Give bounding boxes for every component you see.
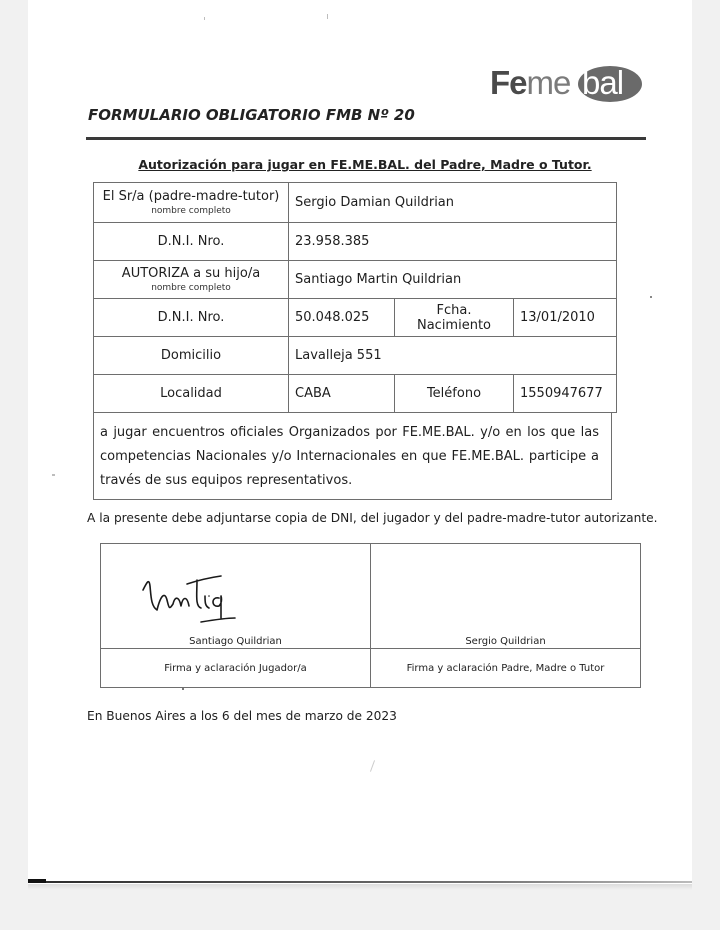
child-dni-label: D.N.I. Nro. (94, 299, 289, 337)
phone-label: Teléfono (395, 375, 514, 413)
attachment-note: A la presente debe adjuntarse copia de D… (87, 511, 658, 525)
parent-signature-caption: Firma y aclaración Padre, Madre o Tutor (371, 649, 641, 688)
address-field[interactable]: Lavalleja 551 (289, 337, 617, 375)
authorization-table: El Sr/a (padre-madre-tutor) nombre compl… (93, 182, 617, 413)
player-printed-name: Santiago Quildrian (189, 636, 282, 647)
parent-label-cell: El Sr/a (padre-madre-tutor) nombre compl… (94, 183, 289, 223)
child-name-field[interactable]: Santiago Martin Quildrian (289, 261, 617, 299)
child-dni-field[interactable]: 50.048.025 (289, 299, 395, 337)
table-row: D.N.I. Nro. 23.958.385 (94, 223, 617, 261)
table-row: Domicilio Lavalleja 551 (94, 337, 617, 375)
scan-speck (52, 474, 55, 476)
handwritten-signature-icon (139, 566, 239, 626)
player-signature-box[interactable]: Santiago Quildrian (101, 544, 371, 649)
logo-text: Feme (490, 63, 570, 103)
parent-name-field[interactable]: Sergio Damian Quildrian (289, 183, 617, 223)
city-label: Localidad (94, 375, 289, 413)
parent-dni-field[interactable]: 23.958.385 (289, 223, 617, 261)
signature-table: Santiago Quildrian Sergio Quildrian Firm… (100, 543, 641, 688)
scan-speck (650, 296, 652, 298)
table-row: El Sr/a (padre-madre-tutor) nombre compl… (94, 183, 617, 223)
caption-row: Firma y aclaración Jugador/a Firma y acl… (101, 649, 641, 688)
logo-fe: Fe (490, 64, 527, 101)
page-bottom-edge (28, 881, 692, 883)
page-shadow (28, 884, 692, 890)
address-label: Domicilio (94, 337, 289, 375)
parent-label: El Sr/a (padre-madre-tutor) (103, 189, 280, 204)
logo-me: me (527, 64, 571, 101)
femebal-logo: Feme bal (490, 63, 650, 105)
page-bottom-mark (28, 879, 46, 883)
parent-signature-box[interactable]: Sergio Quildrian (371, 544, 641, 649)
parent-printed-name: Sergio Quildrian (465, 636, 545, 647)
parent-dni-label: D.N.I. Nro. (94, 223, 289, 261)
birth-date-label: Fcha. Nacimiento (395, 299, 514, 337)
title-divider (86, 137, 646, 140)
subtitle-text: Autorización para jugar en FE.ME.BAL. de… (138, 157, 591, 172)
player-signature-caption: Firma y aclaración Jugador/a (101, 649, 371, 688)
scan-speck (182, 688, 184, 690)
city-field[interactable]: CABA (289, 375, 395, 413)
place-and-date: En Buenos Aires a los 6 del mes de marzo… (87, 709, 397, 723)
table-row: D.N.I. Nro. 50.048.025 Fcha. Nacimiento … (94, 299, 617, 337)
scan-speck (327, 14, 328, 19)
table-row: AUTORIZA a su hijo/a nombre completo San… (94, 261, 617, 299)
child-sublabel: nombre completo (100, 283, 282, 293)
parent-sublabel: nombre completo (100, 206, 282, 216)
form-title: FORMULARIO OBLIGATORIO FMB Nº 20 (88, 106, 415, 124)
birth-date-field[interactable]: 13/01/2010 (514, 299, 617, 337)
logo-bal: bal (582, 63, 623, 103)
signature-row: Santiago Quildrian Sergio Quildrian (101, 544, 641, 649)
phone-field[interactable]: 1550947677 (514, 375, 617, 413)
child-label-cell: AUTORIZA a su hijo/a nombre completo (94, 261, 289, 299)
authorization-text: a jugar encuentros oficiales Organizados… (93, 413, 612, 500)
form-subtitle: Autorización para jugar en FE.ME.BAL. de… (0, 157, 720, 172)
child-label: AUTORIZA a su hijo/a (122, 266, 260, 281)
table-row: Localidad CABA Teléfono 1550947677 (94, 375, 617, 413)
scan-speck (204, 17, 205, 20)
